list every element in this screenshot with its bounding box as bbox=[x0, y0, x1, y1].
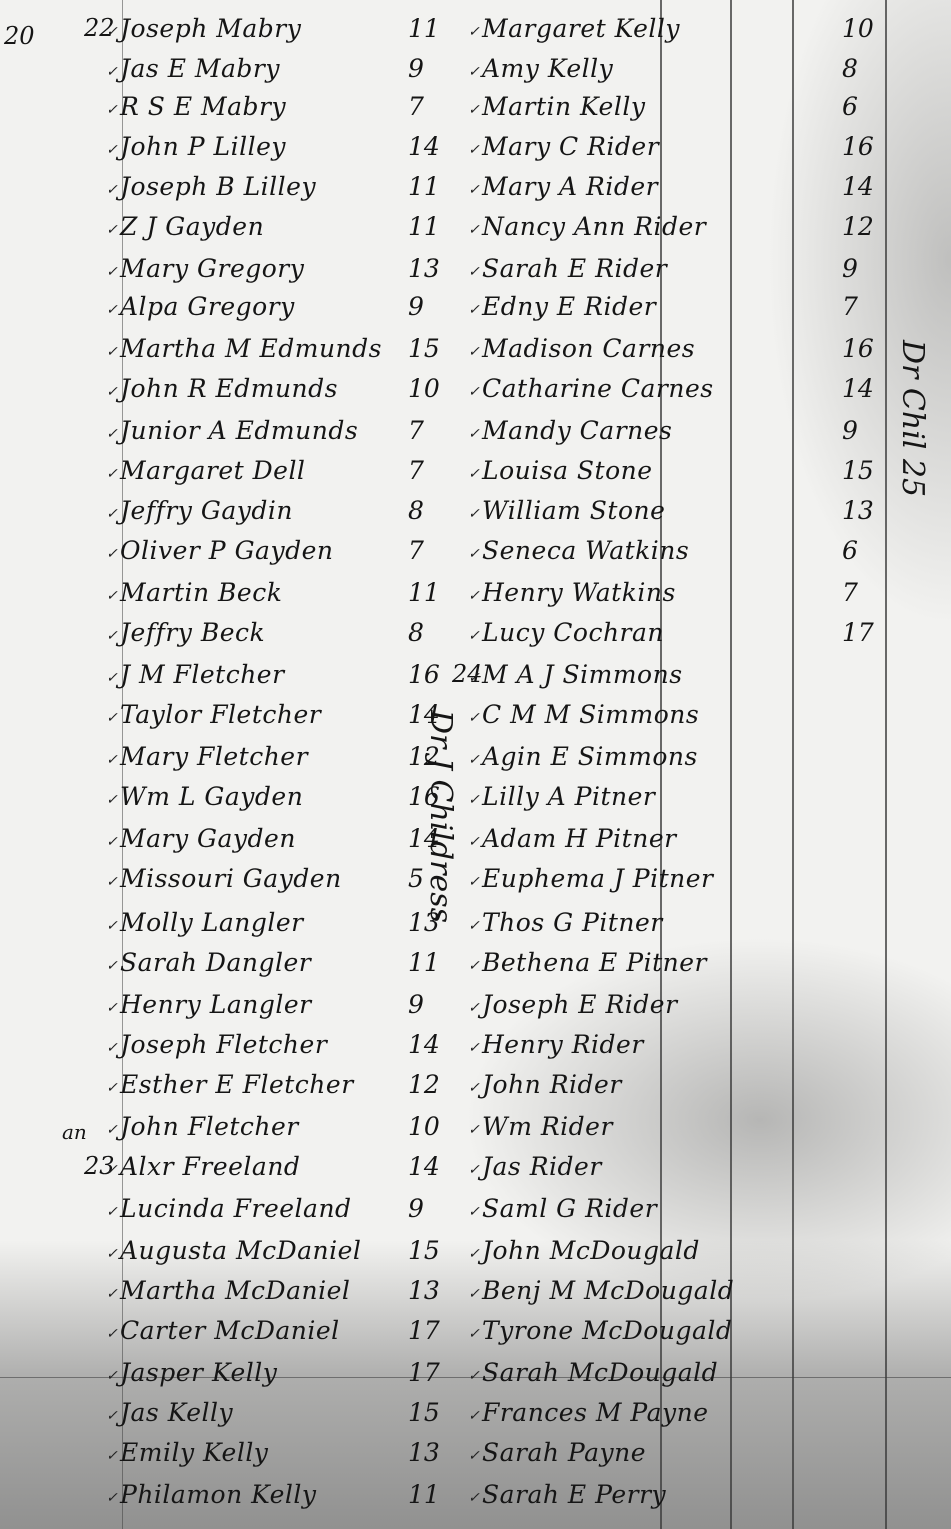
check-mark-icon: ✓ bbox=[468, 1326, 480, 1342]
check-mark-icon: ✓ bbox=[468, 1162, 480, 1178]
person-name: Joseph E Rider bbox=[482, 990, 678, 1019]
register-page: 20 an Dr J Childress Dr Chil 25 22✓Josep… bbox=[0, 0, 951, 1529]
right-entry-row: ✓Sarah McDougald bbox=[0, 1356, 951, 1396]
person-name: Wm Rider bbox=[482, 1112, 613, 1141]
check-mark-icon: ✓ bbox=[468, 1040, 480, 1056]
check-mark-icon: ✓ bbox=[468, 1368, 480, 1384]
person-name: Mandy Carnes bbox=[482, 416, 672, 445]
right-entry-row: ✓Euphema J Pitner bbox=[0, 862, 951, 902]
person-age: 16 bbox=[842, 334, 874, 363]
right-entry-row: ✓Saml G Rider bbox=[0, 1192, 951, 1232]
right-entry-row: ✓Amy Kelly8 bbox=[0, 52, 951, 92]
person-name: Benj M McDougald bbox=[482, 1276, 734, 1305]
person-age: 14 bbox=[842, 172, 874, 201]
person-name: M A J Simmons bbox=[482, 660, 683, 689]
person-name: Mary C Rider bbox=[482, 132, 659, 161]
right-entry-row: ✓Joseph E Rider bbox=[0, 988, 951, 1028]
check-mark-icon: ✓ bbox=[468, 102, 480, 118]
right-entry-row: ✓Henry Rider bbox=[0, 1028, 951, 1068]
right-entry-row: ✓Nancy Ann Rider12 bbox=[0, 210, 951, 250]
person-name: Nancy Ann Rider bbox=[482, 212, 706, 241]
right-entry-row: ✓Bethena E Pitner bbox=[0, 946, 951, 986]
right-entry-row: ✓John McDougald bbox=[0, 1234, 951, 1274]
person-age: 6 bbox=[842, 536, 858, 565]
right-entry-row: ✓Sarah E Rider9 bbox=[0, 252, 951, 292]
person-age: 12 bbox=[842, 212, 874, 241]
person-name: Adam H Pitner bbox=[482, 824, 677, 853]
check-mark-icon: ✓ bbox=[468, 264, 480, 280]
person-name: Frances M Payne bbox=[482, 1398, 709, 1427]
person-name: Thos G Pitner bbox=[482, 908, 663, 937]
check-mark-icon: ✓ bbox=[468, 1286, 480, 1302]
right-entry-row: ✓Adam H Pitner bbox=[0, 822, 951, 862]
check-mark-icon: ✓ bbox=[468, 1448, 480, 1464]
right-entry-row: ✓C M M Simmons bbox=[0, 698, 951, 738]
person-name: Tyrone McDougald bbox=[482, 1316, 732, 1345]
right-entry-row: ✓Sarah Payne bbox=[0, 1436, 951, 1476]
right-entry-row: ✓Martin Kelly6 bbox=[0, 90, 951, 130]
check-mark-icon: ✓ bbox=[468, 384, 480, 400]
check-mark-icon: ✓ bbox=[468, 792, 480, 808]
right-entry-row: ✓William Stone13 bbox=[0, 494, 951, 534]
right-entry-row: ✓Wm Rider bbox=[0, 1110, 951, 1150]
check-mark-icon: ✓ bbox=[468, 670, 480, 686]
check-mark-icon: ✓ bbox=[468, 64, 480, 80]
check-mark-icon: ✓ bbox=[468, 182, 480, 198]
right-entry-row: ✓Benj M McDougald bbox=[0, 1274, 951, 1314]
person-name: Saml G Rider bbox=[482, 1194, 657, 1223]
person-name: Jas Rider bbox=[482, 1152, 602, 1181]
person-name: Sarah E Perry bbox=[482, 1480, 666, 1509]
check-mark-icon: ✓ bbox=[468, 1246, 480, 1262]
right-entry-row: ✓Seneca Watkins6 bbox=[0, 534, 951, 574]
right-entry-row: ✓Madison Carnes16 bbox=[0, 332, 951, 372]
person-age: 9 bbox=[842, 416, 858, 445]
check-mark-icon: ✓ bbox=[468, 1080, 480, 1096]
check-mark-icon: ✓ bbox=[468, 918, 480, 934]
check-mark-icon: ✓ bbox=[468, 834, 480, 850]
person-age: 16 bbox=[842, 132, 874, 161]
person-age: 15 bbox=[842, 456, 874, 485]
right-entry-row: ✓Margaret Kelly10 bbox=[0, 12, 951, 52]
person-name: John McDougald bbox=[482, 1236, 700, 1265]
person-name: Edny E Rider bbox=[482, 292, 656, 321]
right-entry-row: ✓Agin E Simmons bbox=[0, 740, 951, 780]
person-name: Henry Rider bbox=[482, 1030, 644, 1059]
check-mark-icon: ✓ bbox=[468, 752, 480, 768]
person-name: Seneca Watkins bbox=[482, 536, 689, 565]
check-mark-icon: ✓ bbox=[468, 874, 480, 890]
person-name: Madison Carnes bbox=[482, 334, 695, 363]
check-mark-icon: ✓ bbox=[468, 506, 480, 522]
right-entry-row: ✓Lucy Cochran17 bbox=[0, 616, 951, 656]
person-age: 10 bbox=[842, 14, 874, 43]
person-age: 7 bbox=[842, 292, 858, 321]
check-mark-icon: ✓ bbox=[468, 958, 480, 974]
person-age: 7 bbox=[842, 578, 858, 607]
person-age: 13 bbox=[842, 496, 874, 525]
right-entry-row: ✓Frances M Payne bbox=[0, 1396, 951, 1436]
right-entry-row: ✓Mary A Rider14 bbox=[0, 170, 951, 210]
person-age: 17 bbox=[842, 618, 874, 647]
right-entry-row: ✓Jas Rider bbox=[0, 1150, 951, 1190]
right-entry-row: ✓Louisa Stone15 bbox=[0, 454, 951, 494]
person-name: Bethena E Pitner bbox=[482, 948, 707, 977]
person-name: Sarah E Rider bbox=[482, 254, 667, 283]
person-name: Agin E Simmons bbox=[482, 742, 698, 771]
person-name: Martin Kelly bbox=[482, 92, 645, 121]
person-name: C M M Simmons bbox=[482, 700, 699, 729]
check-mark-icon: ✓ bbox=[468, 1204, 480, 1220]
check-mark-icon: ✓ bbox=[468, 1408, 480, 1424]
person-name: Henry Watkins bbox=[482, 578, 676, 607]
check-mark-icon: ✓ bbox=[468, 1122, 480, 1138]
person-name: Mary A Rider bbox=[482, 172, 658, 201]
check-mark-icon: ✓ bbox=[468, 710, 480, 726]
right-entry-row: ✓Catharine Carnes14 bbox=[0, 372, 951, 412]
check-mark-icon: ✓ bbox=[468, 426, 480, 442]
person-age: 14 bbox=[842, 374, 874, 403]
right-entry-row: ✓John Rider bbox=[0, 1068, 951, 1108]
check-mark-icon: ✓ bbox=[468, 1490, 480, 1506]
person-age: 6 bbox=[842, 92, 858, 121]
person-name: Sarah McDougald bbox=[482, 1358, 718, 1387]
person-age: 9 bbox=[842, 254, 858, 283]
right-entry-row: ✓Sarah E Perry bbox=[0, 1478, 951, 1518]
person-name: Catharine Carnes bbox=[482, 374, 714, 403]
check-mark-icon: ✓ bbox=[468, 1000, 480, 1016]
person-name: Margaret Kelly bbox=[482, 14, 680, 43]
right-entry-row: ✓Mandy Carnes9 bbox=[0, 414, 951, 454]
check-mark-icon: ✓ bbox=[468, 142, 480, 158]
right-entry-row: ✓Tyrone McDougald bbox=[0, 1314, 951, 1354]
person-name: Lilly A Pitner bbox=[482, 782, 655, 811]
check-mark-icon: ✓ bbox=[468, 628, 480, 644]
person-name: Lucy Cochran bbox=[482, 618, 664, 647]
right-entry-row: ✓Lilly A Pitner bbox=[0, 780, 951, 820]
check-mark-icon: ✓ bbox=[468, 302, 480, 318]
person-name: Louisa Stone bbox=[482, 456, 653, 485]
check-mark-icon: ✓ bbox=[468, 222, 480, 238]
right-entry-row: 24✓M A J Simmons bbox=[0, 658, 951, 698]
check-mark-icon: ✓ bbox=[468, 466, 480, 482]
person-name: Sarah Payne bbox=[482, 1438, 646, 1467]
person-name: Amy Kelly bbox=[482, 54, 613, 83]
check-mark-icon: ✓ bbox=[468, 588, 480, 604]
check-mark-icon: ✓ bbox=[468, 344, 480, 360]
person-age: 8 bbox=[842, 54, 858, 83]
right-entry-row: ✓Thos G Pitner bbox=[0, 906, 951, 946]
check-mark-icon: ✓ bbox=[468, 546, 480, 562]
check-mark-icon: ✓ bbox=[468, 24, 480, 40]
right-entry-row: ✓Mary C Rider16 bbox=[0, 130, 951, 170]
person-name: Euphema J Pitner bbox=[482, 864, 714, 893]
right-entry-row: ✓Edny E Rider7 bbox=[0, 290, 951, 330]
person-name: John Rider bbox=[482, 1070, 622, 1099]
right-entry-row: ✓Henry Watkins7 bbox=[0, 576, 951, 616]
person-name: William Stone bbox=[482, 496, 665, 525]
